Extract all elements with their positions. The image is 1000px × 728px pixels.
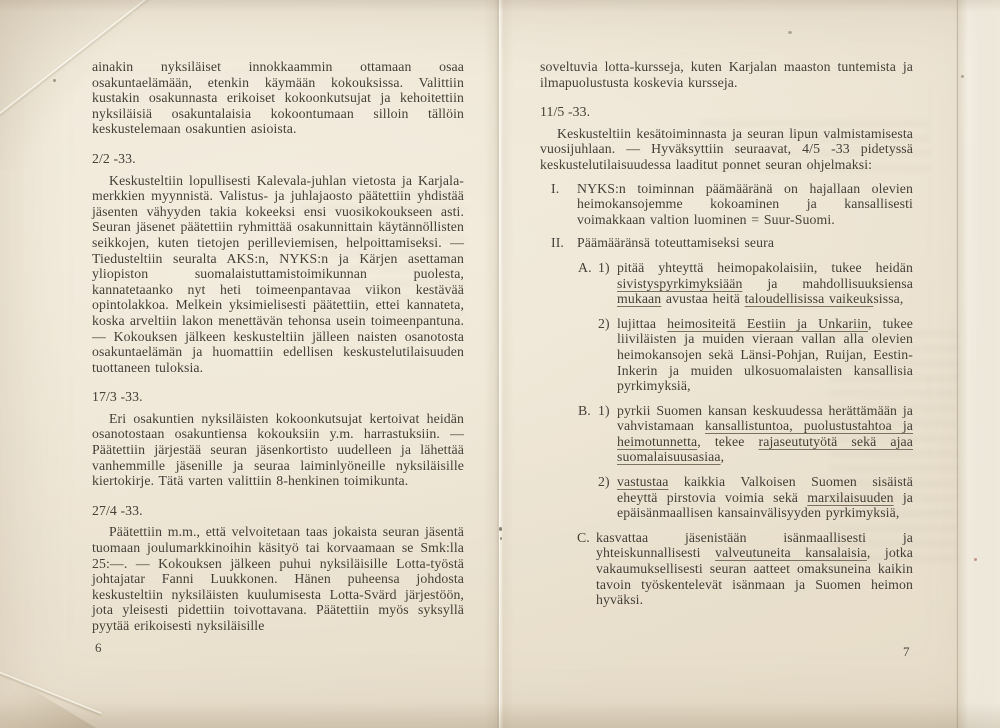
paragraph: Eri osakuntien nyksiläisten kokoonkutsuj…	[92, 411, 464, 489]
list-number-label: 2)	[598, 474, 610, 490]
scanned-book-spread: ainakin nyksiläiset innokkaammin ottamaa…	[0, 0, 1000, 728]
list-number-label: 1)	[598, 403, 610, 419]
left-page-content: ainakin nyksiläiset innokkaammin ottamaa…	[92, 59, 464, 634]
list-item-level2: 2)lujittaa heimositeitä Eestiin ja Unkar…	[540, 316, 913, 394]
list-item-level2: A.1)pitää yhteyttä heimopakolaisiin, tuk…	[540, 260, 913, 307]
list-label: II.	[551, 235, 564, 251]
underlined-text: marxilaisuuden	[807, 490, 893, 505]
text-run: Päämääränsä toteuttamiseksi seura	[577, 235, 774, 250]
list-item-level2: 2)vastustaa kaikkia Valkoisen Suomen sis…	[540, 474, 913, 521]
text-run: Keskusteltiin kesätoiminnasta ja seuran …	[540, 126, 913, 172]
paragraph: Keskusteltiin lopullisesti Kalevala-juhl…	[92, 173, 464, 376]
underlined-text: vastustaa	[617, 474, 668, 489]
date-heading: 17/3 -33.	[92, 389, 464, 405]
page-right-edge	[956, 0, 1000, 728]
underlined-text: taloudellisissa vaikeuk	[745, 291, 874, 306]
underlined-text: heimositeitä Eestiin ja Unkariin	[667, 316, 868, 331]
text-run: NYKS:n toiminnan päämääränä on hajallaan…	[577, 181, 913, 227]
page-number-left: 6	[95, 640, 102, 656]
text-run: ,	[721, 449, 725, 464]
text-run: ja mahdollisuuksiensa	[743, 276, 913, 291]
text-run: Päätettiin m.m., että velvoitetaan taas …	[92, 524, 464, 633]
text-run: , tekee	[697, 434, 758, 449]
page-number-right: 7	[903, 644, 910, 660]
page-bottom-shadow	[0, 702, 1000, 728]
text-run: soveltuvia lotta-kursseja, kuten Karjala…	[540, 59, 913, 90]
text-run: Eri osakuntien nyksiläisten kokoonkutsuj…	[92, 411, 464, 488]
list-item-level1: I.NYKS:n toiminnan päämääränä on hajalla…	[540, 181, 913, 228]
date-heading: 27/4 -33.	[92, 503, 464, 519]
list-letter-label: C.	[577, 530, 590, 546]
paragraph: soveltuvia lotta-kursseja, kuten Karjala…	[540, 59, 913, 90]
date-heading: 11/5 -33.	[540, 104, 913, 120]
paragraph: ainakin nyksiläiset innokkaammin ottamaa…	[92, 59, 464, 137]
list-label: I.	[551, 181, 559, 197]
list-letter-label: A.	[578, 260, 592, 276]
list-number-label: 1)	[598, 260, 610, 276]
text-run: pitää yhteyttä heimopakolaisiin, tukee h…	[617, 260, 913, 275]
list-item-level2: B.1)pyrkii Suomen kansan keskuudessa her…	[540, 403, 913, 465]
underlined-text: mukaan	[617, 291, 661, 306]
text-run: Keskusteltiin lopullisesti Kalevala-juhl…	[92, 173, 464, 375]
text-run: ainakin nyksiläiset innokkaammin ottamaa…	[92, 59, 464, 136]
page-right-edge-line	[957, 0, 958, 728]
date-heading: 2/2 -33.	[92, 151, 464, 167]
underlined-text: valveutuneita kansalaisia	[715, 545, 867, 560]
list-letter-label: B.	[578, 403, 591, 419]
paper-stain	[788, 31, 792, 34]
paper-stain	[974, 558, 977, 561]
page-top-shadow	[0, 0, 1000, 12]
paper-stain	[499, 527, 502, 531]
text-run: sissa,	[873, 291, 903, 306]
paragraph: Keskusteltiin kesätoiminnasta ja seuran …	[540, 126, 913, 173]
gutter-crease-line	[499, 0, 500, 728]
underlined-text: sivistyspyrkimyksiään	[617, 276, 743, 291]
list-item-level2: C.kasvattaa jäsenistään isänmaallisesti …	[540, 530, 913, 608]
paper-stain	[500, 537, 502, 540]
text-run: avustaa heitä	[661, 291, 744, 306]
list-number-label: 2)	[598, 316, 610, 332]
paper-stain	[961, 75, 964, 78]
text-run: lujittaa	[617, 316, 667, 331]
right-page-content: soveltuvia lotta-kursseja, kuten Karjala…	[540, 59, 913, 608]
paragraph: Päätettiin m.m., että velvoitetaan taas …	[92, 524, 464, 633]
paper-stain	[53, 79, 56, 82]
list-item-level1: II.Päämääränsä toteuttamiseksi seura	[540, 235, 913, 251]
